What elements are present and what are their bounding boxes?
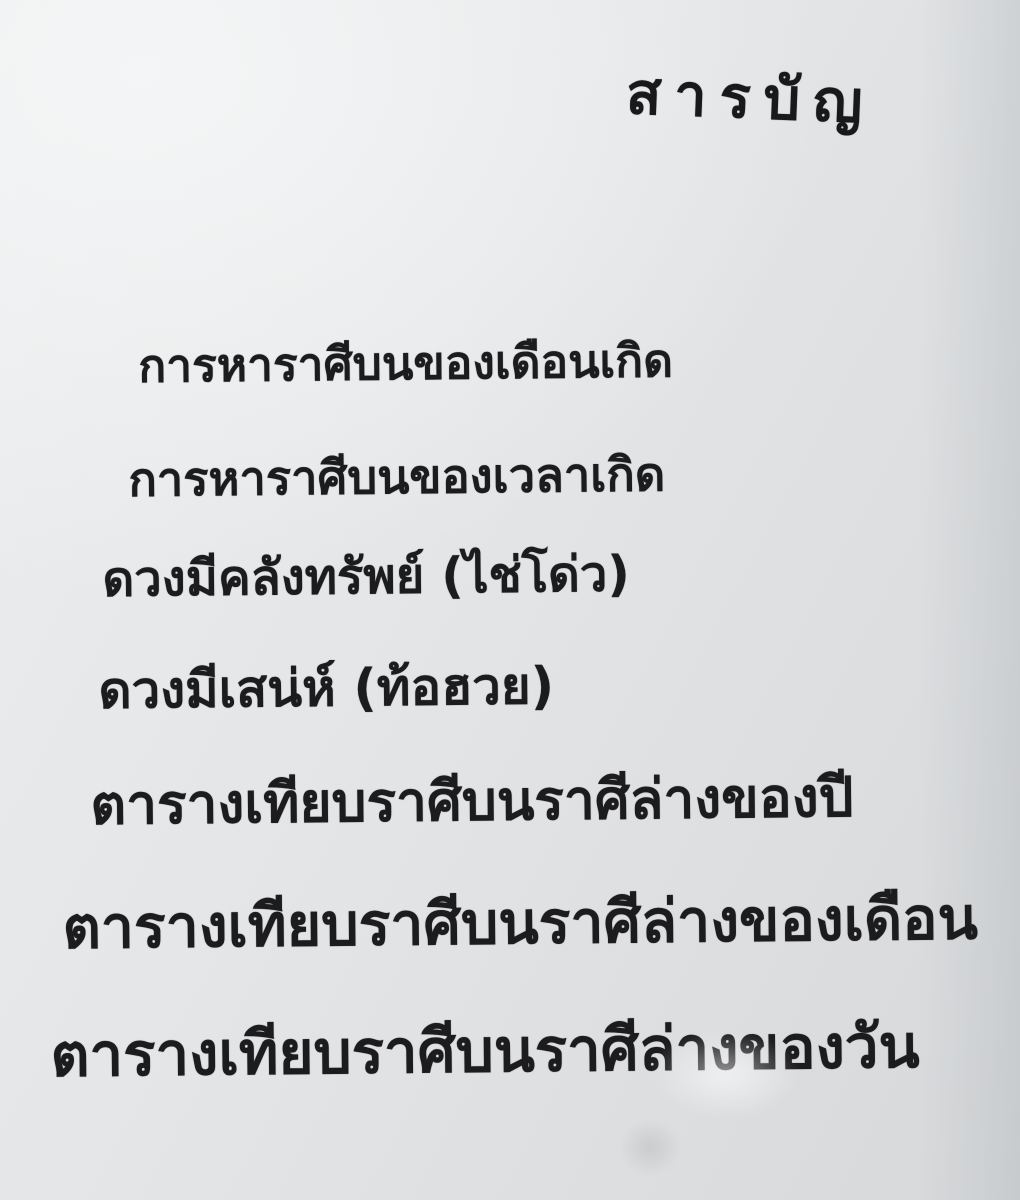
toc-entry: ตารางเทียบราศีบนราศีล่างของปี bbox=[90, 754, 854, 849]
toc-entry: ตารางเทียบราศีบนราศีล่างของเดือน bbox=[62, 870, 978, 974]
book-page: สารบัญ การหาราศีบนของเดือนเกิด การหาราศี… bbox=[0, 0, 1020, 1200]
toc-entry: ดวงมีคลังทรัพย์ (ไช่โด่ว) bbox=[102, 534, 630, 618]
toc-entry: ตารางเทียบราศีบนราศีล่างของวัน bbox=[50, 999, 920, 1103]
toc-entry: การหาราศีบนของเวลาเกิด bbox=[128, 436, 666, 517]
toc-entry: ดวงมีเสน่ห์ (ท้อฮวย) bbox=[98, 645, 554, 731]
paper-smudge bbox=[620, 1120, 680, 1175]
page-title: สารบัญ bbox=[624, 46, 877, 148]
toc-entry: การหาราศีบนของเดือนเกิด bbox=[138, 324, 673, 403]
